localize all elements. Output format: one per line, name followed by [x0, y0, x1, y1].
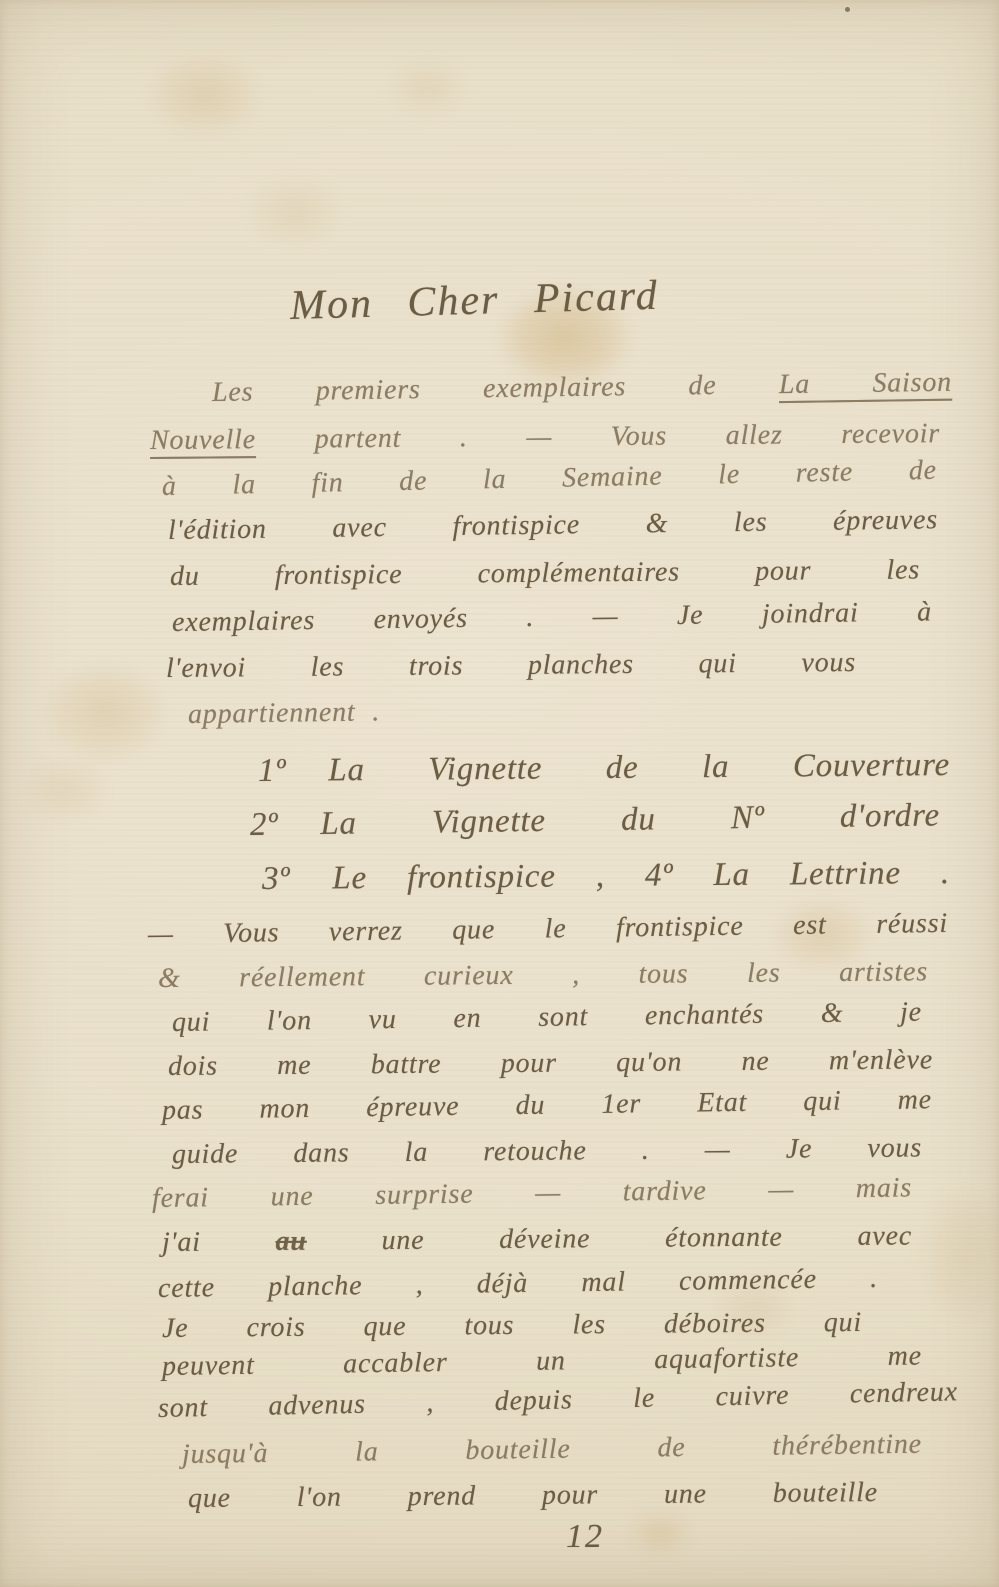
line-text: sont advenus , depuis le cuivre cendreux [158, 1376, 958, 1424]
line-text: l'envoi les trois planches qui vous [166, 647, 856, 684]
ink-speck [845, 7, 850, 12]
line-text: jusqu'à la bouteille de thérébentine [182, 1429, 922, 1470]
letter-line: peuvent accabler un aquafortiste me [162, 1339, 922, 1383]
paper-stain [250, 180, 340, 245]
line-text: ferai une surprise — tardive — mais [152, 1172, 912, 1214]
paper-stain [150, 55, 260, 135]
line-text: peuvent accabler un aquafortiste me [162, 1340, 922, 1382]
line-text: l'édition avec frontispice & les épreuve… [168, 504, 938, 546]
list-number: 2º [250, 807, 279, 843]
letter-page: Mon Cher Picard Les premiers exemplaires… [0, 0, 999, 1587]
line-text: La Vignette du Nº d'ordre [320, 797, 940, 842]
underlined-title: Nouvelle [150, 424, 256, 456]
paper-stain [920, 1190, 999, 1320]
letter-line: — Vous verrez que le frontispice est réu… [148, 907, 948, 952]
line-text: à la fin de la Semaine le reste de [162, 455, 937, 502]
letter-line: exemplaires envoyés . — Je joindrai à [172, 595, 932, 639]
letter-line: que l'on prend pour une bouteille [188, 1476, 878, 1516]
letter-list-item: 3ºLe frontispice , 4º La Lettrine . [262, 854, 950, 900]
letter-line: pas mon épreuve du 1er Etat qui me [162, 1083, 932, 1127]
line-text: cette planche , déjà mal commencée . [158, 1263, 878, 1304]
letter-line: dois me battre pour qu'on ne m'enlève [168, 1043, 933, 1083]
line-text: La Vignette de la Couverture [328, 747, 950, 788]
letter-line: du frontispice complémentaires pour les [170, 553, 920, 593]
line-text: appartiennent . [188, 696, 381, 730]
letter-line: sont advenus , depuis le cuivre cendreux [158, 1375, 959, 1425]
paper-stain [25, 760, 105, 820]
letter-line: l'édition avec frontispice & les épreuve… [168, 503, 938, 547]
letter-line: à la fin de la Semaine le reste de [162, 454, 938, 504]
list-number: 3º [262, 861, 291, 897]
letter-salutation: Mon Cher Picard [289, 272, 659, 330]
page-number: 12 [566, 1518, 604, 1556]
line-text: qui l'on vu en sont enchantés & je [172, 997, 922, 1038]
paper-stain [390, 60, 465, 115]
salutation-text: Mon Cher Picard [289, 273, 659, 329]
letter-line: guide dans la retouche . — Je vous [172, 1131, 922, 1171]
letter-line: & réellement curieux , tous les artistes [158, 955, 928, 995]
line-text: du frontispice complémentaires pour les [170, 554, 920, 592]
underlined-title: La Saison [779, 367, 952, 400]
line-text: — Vous verrez que le frontispice est réu… [148, 908, 948, 950]
letter-line: appartiennent . [188, 695, 381, 731]
line-text: j'ai [162, 1226, 276, 1258]
list-number: 1º [258, 753, 287, 789]
line-text: pas mon épreuve du 1er Etat qui me [162, 1084, 932, 1126]
page-number-text: 12 [566, 1518, 604, 1555]
letter-list-item: 1ºLa Vignette de la Couverture [258, 746, 950, 792]
line-text: guide dans la retouche . — Je vous [172, 1132, 922, 1170]
line-text: une déveine étonnante avec [307, 1220, 913, 1256]
letter-line: qui l'on vu en sont enchantés & je [172, 996, 922, 1040]
letter-list-item: 2ºLa Vignette du Nº d'ordre [250, 796, 940, 845]
line-text: Les premiers exemplaires de [212, 369, 779, 408]
letter-line: ferai une surprise — tardive — mais [152, 1171, 912, 1215]
line-text: & réellement curieux , tous les artistes [158, 956, 928, 994]
letter-line: cette planche , déjà mal commencée . [158, 1262, 878, 1306]
line-text: que l'on prend pour une bouteille [188, 1477, 878, 1514]
paper-stain [630, 1512, 690, 1554]
line-text: Je crois que tous les déboires qui [162, 1307, 862, 1344]
line-text: dois me battre pour qu'on ne m'enlève [168, 1044, 933, 1082]
letter-line: Les premiers exemplaires de La Saison [212, 366, 952, 410]
line-text: exemplaires envoyés . — Je joindrai à [172, 596, 932, 638]
letter-line: Je crois que tous les déboires qui [162, 1306, 862, 1346]
struck-word: au [275, 1226, 306, 1257]
paper-stain [45, 665, 165, 760]
letter-line: Nouvelle partent . — Vous allez recevoir [150, 417, 940, 457]
letter-line: j'ai au une déveine étonnante avec [162, 1219, 912, 1259]
line-text: Le frontispice , 4º La Lettrine . [332, 855, 950, 896]
line-text: partent . — Vous allez recevoir [256, 418, 940, 455]
letter-line: l'envoi les trois planches qui vous [166, 646, 856, 686]
letter-line: jusqu'à la bouteille de thérébentine [182, 1428, 922, 1472]
